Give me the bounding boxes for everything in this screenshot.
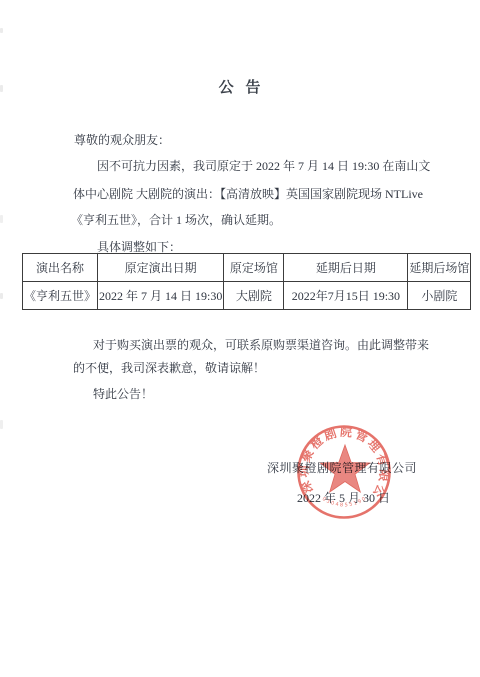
paragraph1-line2: 体中心剧院 大剧院的演出：【高清放映】英国国家剧院现场 NTLive xyxy=(73,185,423,202)
paragraph1-line1: 因不可抗力因素，我司原定于 2022 年 7 月 14 日 19:30 在南山文 xyxy=(97,157,430,174)
table-header-show-name: 演出名称 xyxy=(23,254,98,282)
paragraph4: 特此公告！ xyxy=(93,385,153,402)
signature-company: 深圳聚橙剧院管理有限公司 xyxy=(267,459,417,476)
page-title: 公 告 xyxy=(0,76,480,97)
table-header-new-date: 延期后日期 xyxy=(284,254,408,282)
salutation: 尊敬的观众朋友： xyxy=(74,131,170,148)
cell-new-date: 2022年7月15日 19:30 xyxy=(284,282,408,310)
signature-date: 2022 年 5 月 30 日 xyxy=(297,489,390,506)
scan-artifact xyxy=(0,420,3,429)
paragraph1-line3: 《亨利五世》，合计 1 场次，确认延期。 xyxy=(71,211,281,228)
cell-show-name: 《亨利五世》 xyxy=(23,282,98,310)
announcement-page: 公 告 尊敬的观众朋友： 因不可抗力因素，我司原定于 2022 年 7 月 14… xyxy=(0,0,480,677)
table-header-row: 演出名称 原定演出日期 原定场馆 延期后日期 延期后场馆 xyxy=(23,254,471,282)
cell-new-venue: 小剧院 xyxy=(408,282,471,310)
table-row: 《亨利五世》 2022 年 7 月 14 日 19:30 大剧院 2022年7月… xyxy=(23,282,471,310)
scan-artifact xyxy=(0,28,3,33)
table-header-new-venue: 延期后场馆 xyxy=(408,254,471,282)
cell-orig-date: 2022 年 7 月 14 日 19:30 xyxy=(98,282,224,310)
paragraph3-line1: 对于购买演出票的观众，可联系原购票渠道咨询。由此调整带来 xyxy=(93,336,429,353)
paragraph3-line2: 的不便，我司深表歉意，敬请谅解！ xyxy=(73,359,265,376)
table-header-orig-date: 原定演出日期 xyxy=(98,254,224,282)
table-header-orig-venue: 原定场馆 xyxy=(224,254,284,282)
schedule-adjustment-table: 演出名称 原定演出日期 原定场馆 延期后日期 延期后场馆 《亨利五世》 2022… xyxy=(22,253,471,310)
cell-orig-venue: 大剧院 xyxy=(224,282,284,310)
scan-artifact xyxy=(0,293,3,299)
scan-artifact xyxy=(0,215,3,223)
